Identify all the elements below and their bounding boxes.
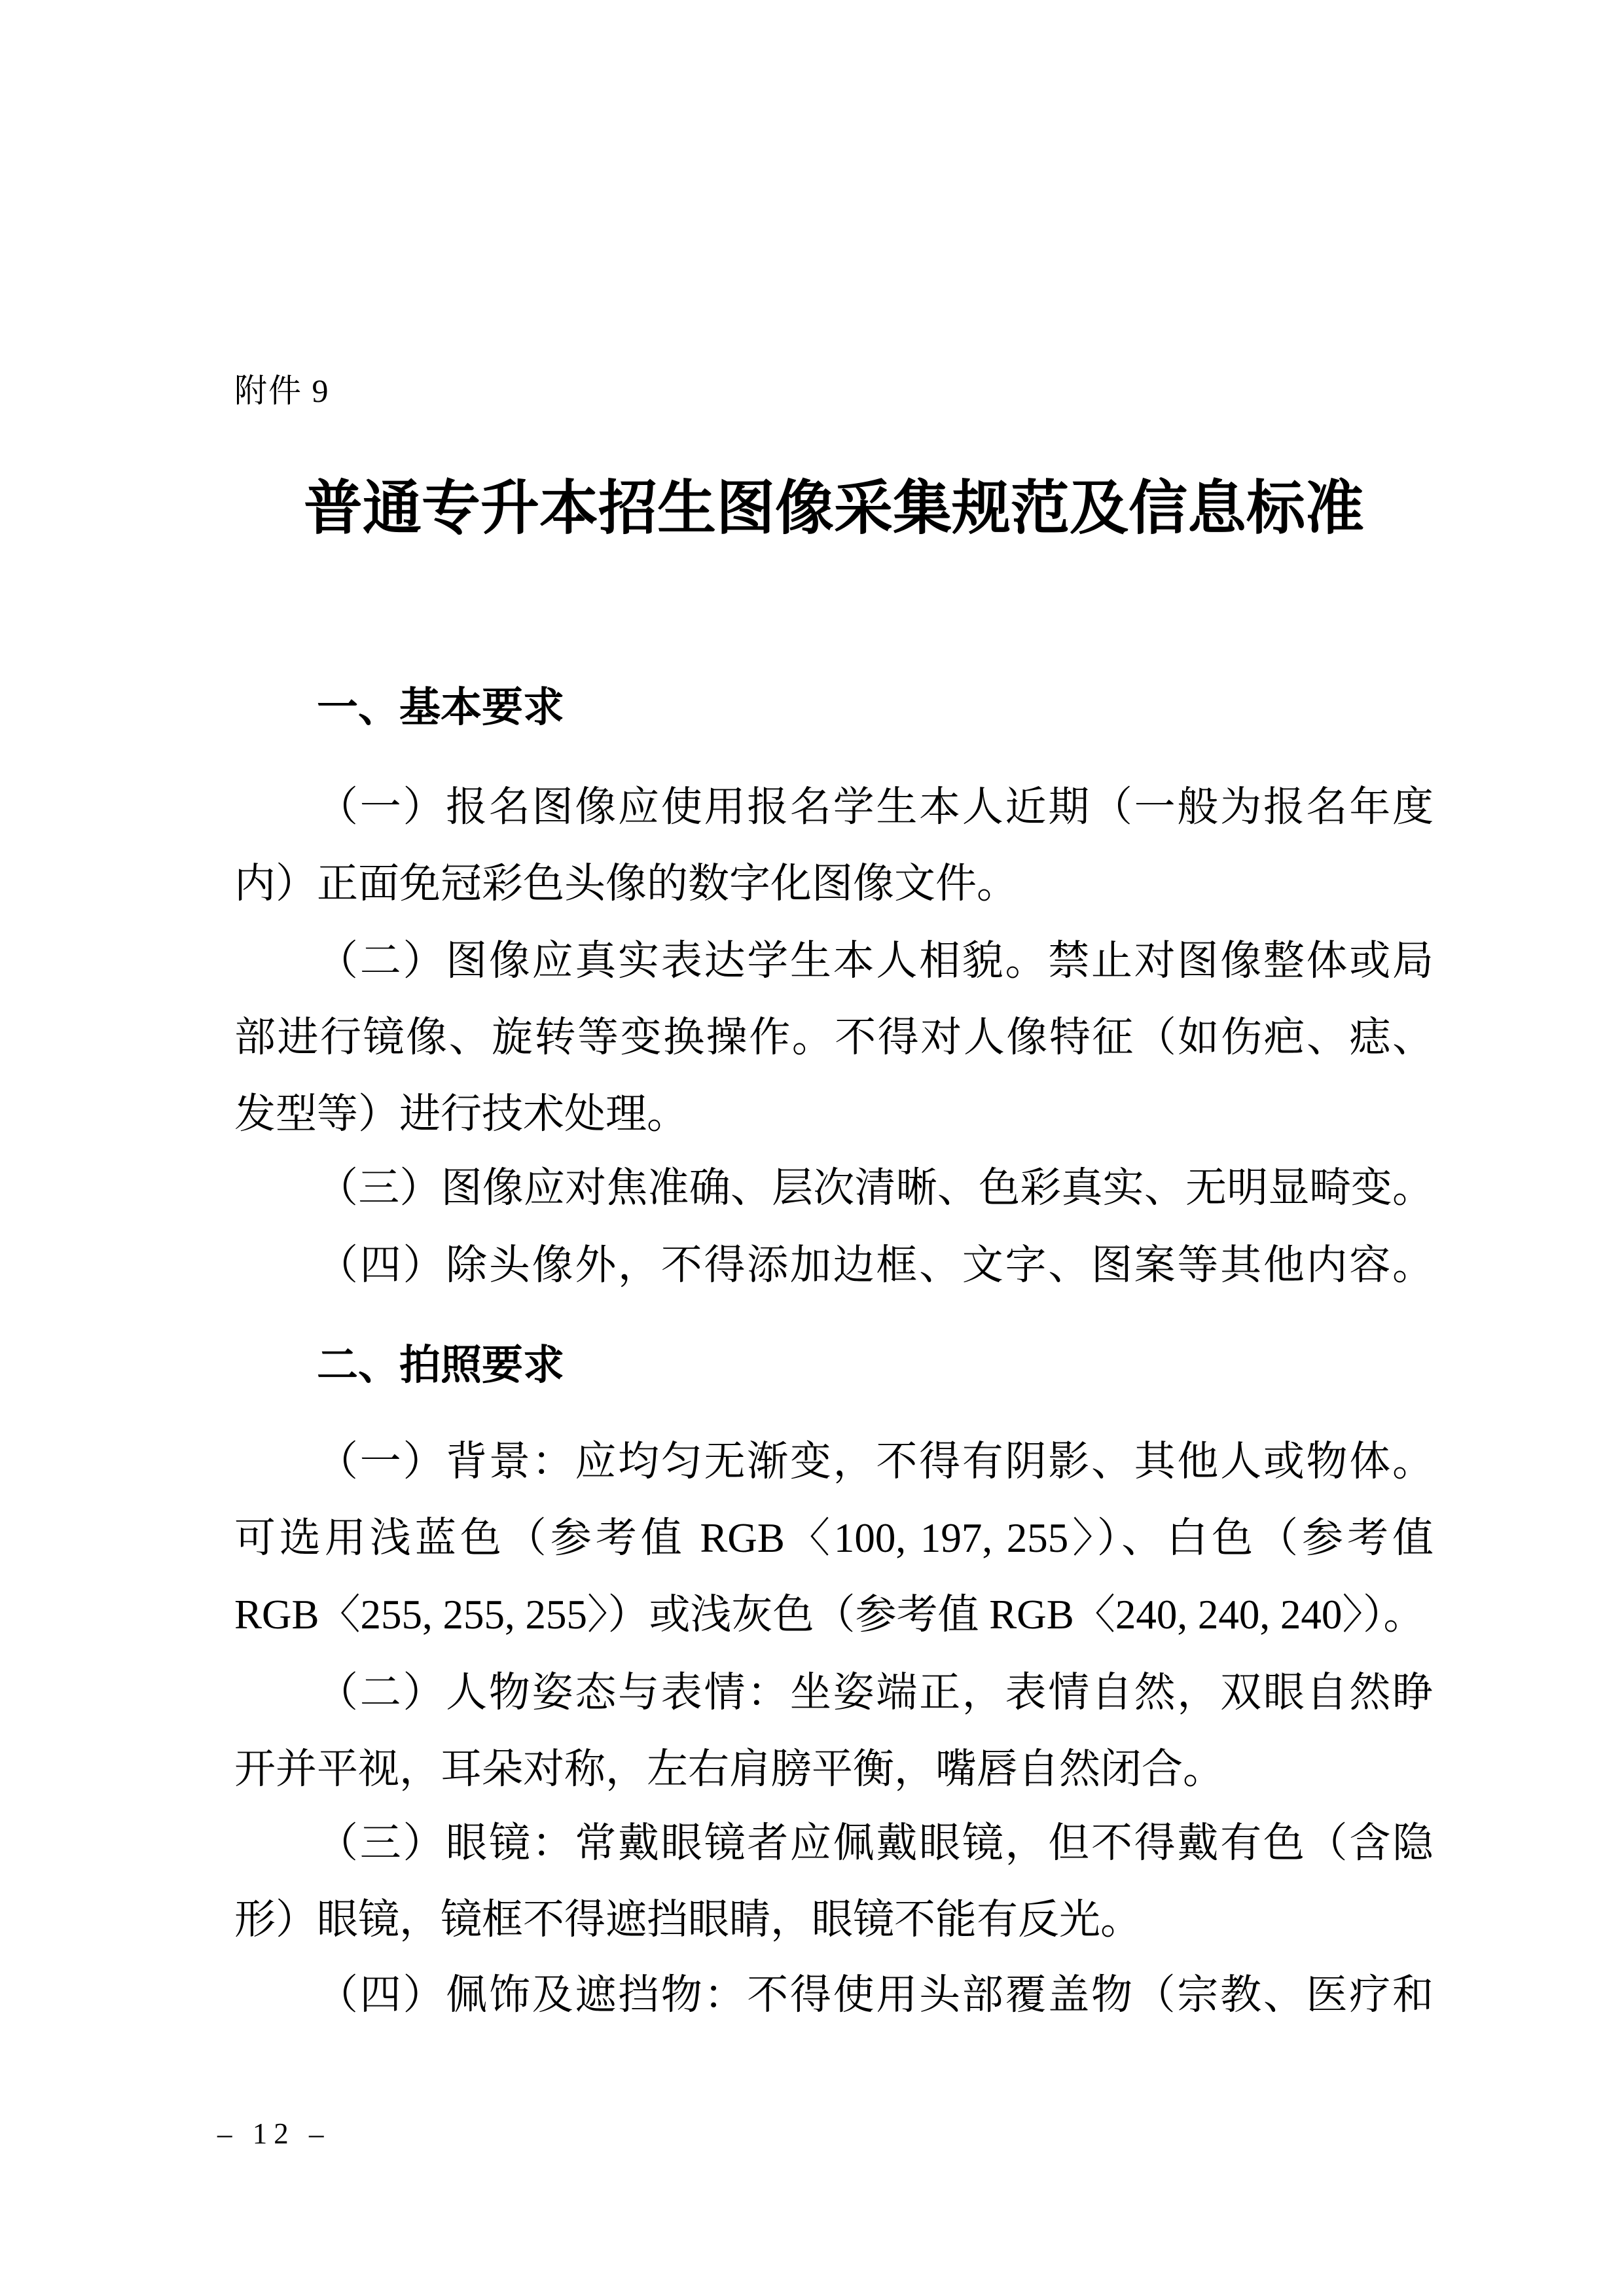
section-heading-basic-requirements: 一、基本要求	[234, 678, 1434, 737]
text-line: 部进行镜像、旋转等变换操作。不得对人像特征（如伤疤、痣、	[234, 999, 1434, 1076]
paragraph: （一）背景：应均匀无渐变，不得有阴影、其他人或物体。 可选用浅蓝色（参考值 RG…	[234, 1424, 1434, 1653]
paragraph: （三）眼镜：常戴眼镜者应佩戴眼镜，但不得戴有色（含隐 形）眼镜，镜框不得遮挡眼睛…	[234, 1805, 1434, 1958]
text-line: （三）图像应对焦准确、层次清晰、色彩真实、无明显畸变。	[234, 1150, 1434, 1227]
text-line: （一）背景：应均匀无渐变，不得有阴影、其他人或物体。	[234, 1424, 1434, 1500]
page-number: – 12 –	[217, 2117, 331, 2151]
section-heading-photo-requirements: 二、拍照要求	[234, 1336, 1434, 1395]
text-line: （三）眼镜：常戴眼镜者应佩戴眼镜，但不得戴有色（含隐	[234, 1805, 1434, 1882]
text-line: 可选用浅蓝色（参考值 RGB〈100, 197, 255〉）、白色（参考值	[234, 1500, 1434, 1577]
text-line: （一）报名图像应使用报名学生本人近期（一般为报名年度	[234, 769, 1434, 846]
text-column: 附件 9 普通专升本招生图像采集规范及信息标准 一、基本要求 （一）报名图像应使…	[234, 0, 1434, 2296]
paragraph: （三）图像应对焦准确、层次清晰、色彩真实、无明显畸变。	[234, 1150, 1434, 1227]
text-line: （二）图像应真实表达学生本人相貌。禁止对图像整体或局	[234, 923, 1434, 999]
text-line: （四）佩饰及遮挡物：不得使用头部覆盖物（宗教、医疗和	[234, 1957, 1434, 2034]
text-line: （四）除头像外，不得添加边框、文字、图案等其他内容。	[234, 1227, 1434, 1304]
text-line: 发型等）进行技术处理。	[234, 1076, 1434, 1153]
text-line: 形）眼镜，镜框不得遮挡眼睛，眼镜不能有反光。	[234, 1882, 1434, 1958]
attachment-label: 附件 9	[234, 370, 330, 411]
paragraph: （二）人物姿态与表情：坐姿端正，表情自然，双眼自然睁 开并平视，耳朵对称，左右肩…	[234, 1655, 1434, 1808]
text-line: RGB〈255, 255, 255〉）或浅灰色（参考值 RGB〈240, 240…	[234, 1577, 1434, 1653]
document-page: 附件 9 普通专升本招生图像采集规范及信息标准 一、基本要求 （一）报名图像应使…	[0, 0, 1624, 2296]
paragraph: （四）除头像外，不得添加边框、文字、图案等其他内容。	[234, 1227, 1434, 1304]
text-line: 开并平视，耳朵对称，左右肩膀平衡，嘴唇自然闭合。	[234, 1731, 1434, 1808]
paragraph: （二）图像应真实表达学生本人相貌。禁止对图像整体或局 部进行镜像、旋转等变换操作…	[234, 923, 1434, 1153]
text-line: 内）正面免冠彩色头像的数字化图像文件。	[234, 846, 1434, 922]
text-line: （二）人物姿态与表情：坐姿端正，表情自然，双眼自然睁	[234, 1655, 1434, 1731]
document-title: 普通专升本招生图像采集规范及信息标准	[234, 473, 1434, 546]
paragraph: （四）佩饰及遮挡物：不得使用头部覆盖物（宗教、医疗和	[234, 1957, 1434, 2034]
paragraph: （一）报名图像应使用报名学生本人近期（一般为报名年度 内）正面免冠彩色头像的数字…	[234, 769, 1434, 922]
